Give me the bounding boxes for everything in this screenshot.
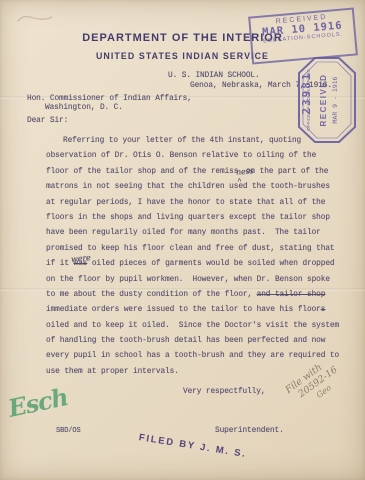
struck-text: waswere	[73, 260, 87, 268]
body-line: at regular periods, I have the honor to …	[46, 196, 338, 211]
struck-text: s	[321, 306, 326, 314]
handwritten-correction: were	[71, 250, 92, 267]
body-line: to me about the dusty condition of the f…	[46, 288, 338, 303]
school-name: U. S. INDIAN SCHOOL.	[168, 72, 260, 82]
octagon-received-text: RECEIVED	[319, 74, 328, 127]
body-line: oiled and to keep it oiled. Since the Do…	[46, 319, 338, 334]
letter-page: DEPARTMENT OF THE INTERIOR UNITED STATES…	[0, 0, 365, 480]
address-line-2: Washington, D. C.	[45, 104, 123, 114]
typist-initials: SBD/OS	[56, 427, 81, 435]
filed-by-stamp: FILED BY J. M. S.	[138, 432, 278, 465]
letter-body: Referring to your letter of the 4th inst…	[46, 134, 338, 380]
struck-text: and tailor shop	[257, 291, 326, 299]
green-ink-signature: Esch	[6, 382, 71, 423]
file-number-stamp: 23981	[300, 63, 314, 123]
body-line: matrons in not seeing that the children …	[46, 180, 338, 195]
valediction: Very respectfully,	[183, 388, 265, 396]
received-stamp: RECEIVED MAR 10 1916 EDUCATION-SCHOOLS.	[248, 7, 358, 64]
octagon-date-text: MAR 9 - 1916	[331, 76, 339, 123]
body-line: floors in the shops and living quarters …	[46, 211, 338, 226]
body-line: Referring to your letter of the 4th inst…	[46, 134, 338, 149]
body-line: floor of the tailor shop and of the remi…	[46, 165, 338, 180]
signature-title: Superintendent.	[215, 427, 284, 435]
body-line: every pupil in school has a tooth-brush …	[46, 349, 338, 364]
body-line: immediate orders were issued to the tail…	[46, 303, 338, 318]
body-line: if it waswere oiled pieces of garments w…	[46, 257, 338, 272]
body-line: of handling the tooth-brush detail has b…	[46, 334, 338, 349]
salutation: Dear Sir:	[27, 117, 68, 125]
body-line: have been regularily oiled for many mont…	[46, 226, 338, 241]
body-line: on the floor by pupil workmen. However, …	[46, 273, 338, 288]
pencil-scribble-mark	[14, 10, 56, 28]
body-line: observation of Dr. Otis O. Benson relati…	[46, 149, 338, 164]
